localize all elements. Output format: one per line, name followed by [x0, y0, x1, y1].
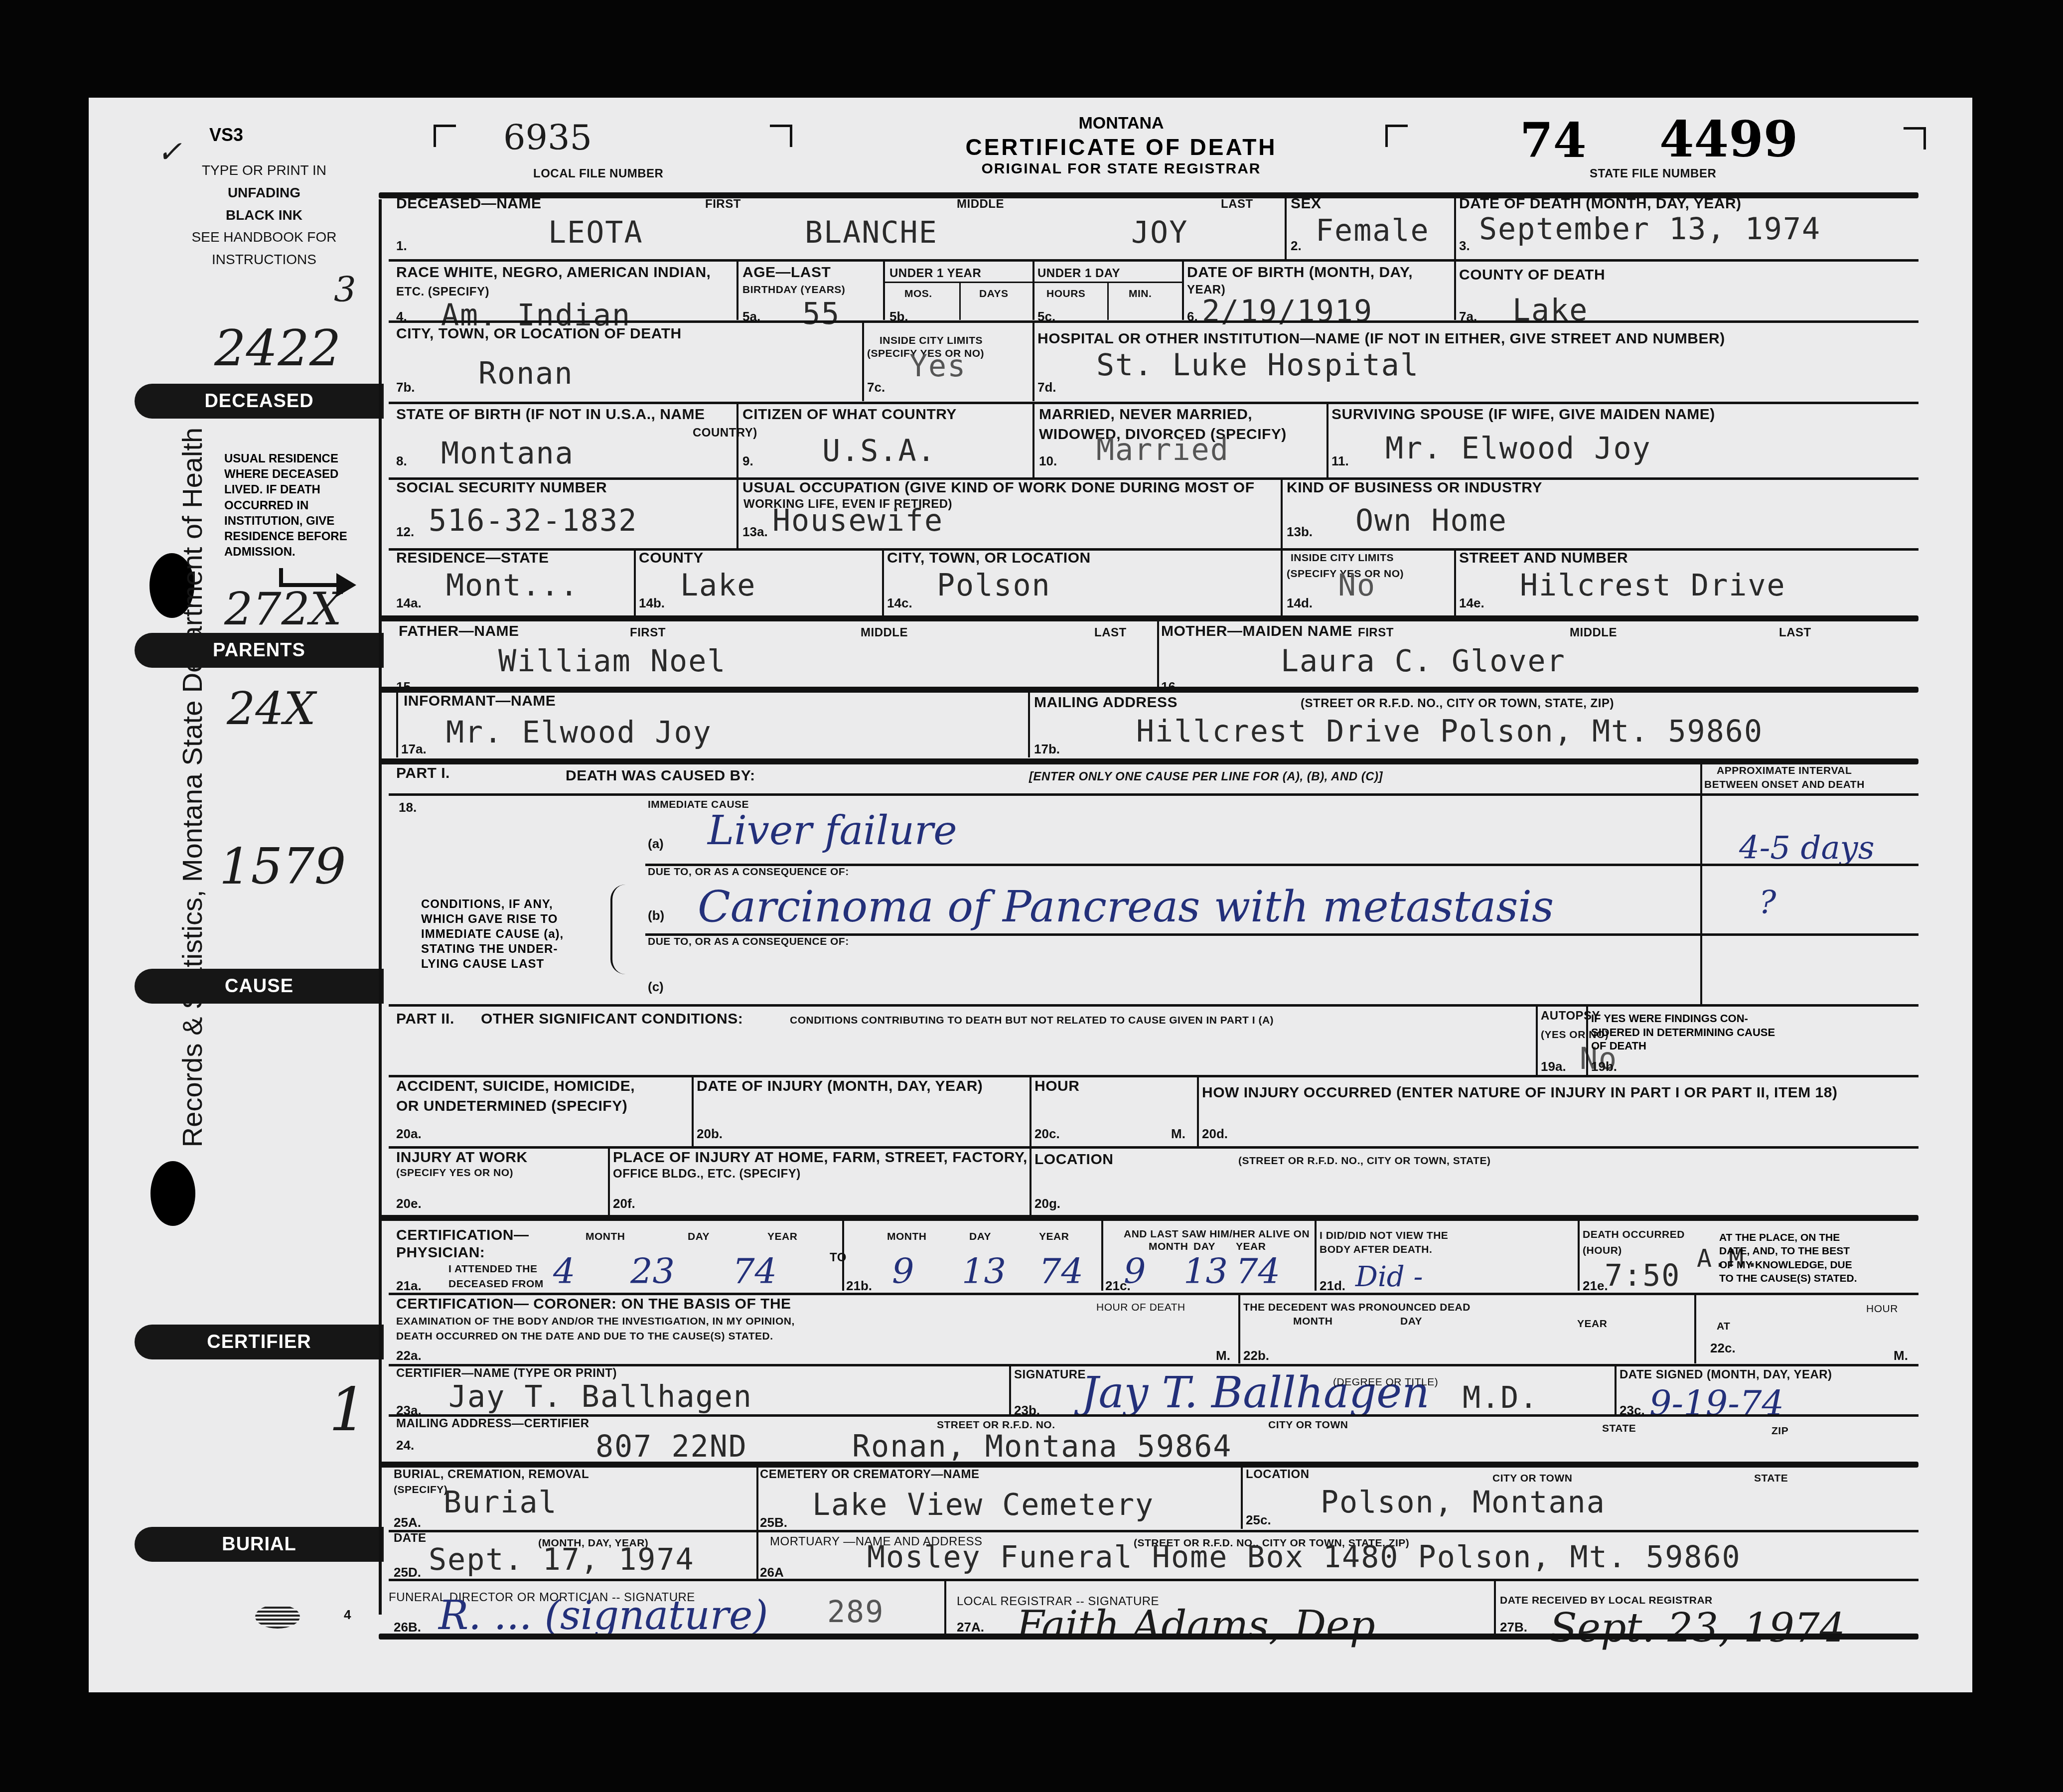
- rule: [389, 402, 1918, 404]
- divider: [1315, 1216, 1317, 1291]
- item-number: 14e.: [1459, 596, 1484, 611]
- label: I ATTENDED THE: [448, 1263, 538, 1275]
- item-number: 19a.: [1541, 1059, 1566, 1074]
- divider: [737, 478, 738, 548]
- label: UNDER 1 YEAR: [889, 267, 981, 281]
- rule: [379, 615, 1918, 621]
- union-label-icon: [255, 1605, 300, 1629]
- divider: [1281, 478, 1283, 548]
- rule: [389, 259, 1918, 262]
- note-line: IMMEDIATE CAUSE (a),: [421, 927, 600, 942]
- label: I DID/DID NOT VIEW THE: [1320, 1230, 1448, 1242]
- label: DUE TO, OR AS A CONSEQUENCE OF:: [648, 936, 849, 948]
- label: DATE OF INJURY (MONTH, DAY, YEAR): [697, 1078, 983, 1095]
- death-hour: 7:50: [1605, 1258, 1681, 1293]
- label: MONTH: [1293, 1316, 1333, 1328]
- attended-to-year: 74: [1039, 1251, 1083, 1292]
- label: SIGNATURE: [1014, 1368, 1086, 1382]
- state-name: MONTANA: [872, 114, 1370, 133]
- divider: [1182, 260, 1184, 320]
- deceased-middle-name: BLANCHE: [805, 215, 938, 250]
- note-line: WHICH GAVE RISE TO: [421, 912, 600, 927]
- label: DATE OF BIRTH (MONTH, DAY,: [1187, 264, 1413, 282]
- disposition-method: Burial: [443, 1485, 558, 1520]
- label: DUE TO, OR AS A CONSEQUENCE OF:: [648, 866, 849, 878]
- label: LAST: [1221, 197, 1253, 211]
- mortuary-name-address: Mosley Funeral Home Box 1480 Polson, Mt.…: [867, 1540, 1741, 1575]
- label: SURVIVING SPOUSE (IF WIFE, GIVE MAIDEN N…: [1331, 406, 1715, 424]
- last-seen-month: 9: [1124, 1251, 1146, 1292]
- label: FIRST: [1358, 626, 1394, 640]
- label: FATHER—NAME: [399, 623, 519, 640]
- divider: [737, 260, 738, 320]
- label: (STREET OR R.F.D. NO., CITY OR TOWN, STA…: [1238, 1155, 1490, 1167]
- note-line: OF MY KNOWLEDGE, DUE: [1719, 1258, 1857, 1272]
- label: YEAR: [1577, 1318, 1607, 1330]
- item-number: 19b.: [1591, 1059, 1617, 1074]
- label: DAYS: [979, 288, 1008, 300]
- corner-mark: [770, 125, 792, 147]
- rule: [379, 758, 1918, 764]
- rule: [389, 1146, 1918, 1149]
- item-number: 20f.: [613, 1196, 635, 1211]
- divider: [1238, 1294, 1240, 1363]
- rule: [389, 793, 1918, 796]
- instruction-line: UNFADING: [154, 182, 374, 204]
- father-name: William Noel: [498, 644, 726, 679]
- corner-mark: [1904, 127, 1926, 149]
- rule: [389, 1414, 1918, 1417]
- label: APPROXIMATE INTERVAL: [1717, 765, 1852, 777]
- label: FIRST: [630, 626, 666, 640]
- item-number: 14a.: [396, 596, 422, 611]
- divider: [692, 1076, 694, 1146]
- note-line: SIDERED IN DETERMINING CAUSE: [1591, 1026, 1775, 1040]
- label: MIDDLE: [861, 626, 908, 640]
- deceased-sex: Female: [1316, 213, 1430, 248]
- label: HOURS: [1046, 288, 1085, 300]
- divider: [1694, 1294, 1696, 1363]
- label: MONTH: [586, 1231, 625, 1243]
- burial-date: Sept. 17, 1974: [429, 1542, 695, 1577]
- divider: [634, 549, 636, 618]
- divider: [883, 260, 885, 320]
- label: LAST: [1094, 626, 1127, 640]
- local-file-number: 6935: [503, 117, 592, 158]
- item-number: 14b.: [639, 596, 665, 611]
- funeral-director-license: 289: [827, 1595, 884, 1630]
- deceased-age: 55: [802, 297, 840, 331]
- cause-b-underlying: Carcinoma of Pancreas with metastasis: [698, 882, 1554, 932]
- label: DATE SIGNED (MONTH, DAY, YEAR): [1620, 1368, 1832, 1382]
- rule: [389, 1293, 1918, 1295]
- label: PART I.: [396, 765, 450, 782]
- item-number: 7b.: [396, 380, 415, 395]
- item-number: 27A.: [957, 1620, 984, 1635]
- item-number: 25c.: [1246, 1512, 1271, 1528]
- label: CERTIFIER—NAME (TYPE OR PRINT): [396, 1366, 617, 1380]
- item-number: 7d.: [1037, 380, 1056, 395]
- label: DECEASED—NAME: [396, 195, 542, 213]
- divider: [959, 283, 961, 320]
- item-number: 20c.: [1034, 1126, 1060, 1142]
- residence-note: USUAL RESIDENCE WHERE DECEASED LIVED. IF…: [224, 451, 354, 560]
- label: DEATH OCCURRED ON THE DATE AND DUE TO TH…: [396, 1331, 773, 1343]
- divider: [1326, 403, 1328, 477]
- hospital-name: St. Luke Hospital: [1096, 348, 1419, 383]
- margin-annotation: 1: [329, 1375, 367, 1445]
- vertical-department-text: Records & Statistics, Montana State Depa…: [176, 428, 208, 1147]
- label: DAY: [1400, 1316, 1422, 1328]
- note-line: OF DEATH: [1591, 1039, 1775, 1053]
- section-tab-deceased: DECEASED: [135, 384, 384, 419]
- label: SEX: [1291, 195, 1322, 213]
- local-registrar-signature: Faith Adams, Dep.: [1017, 1602, 1388, 1648]
- section-tab-cause: CAUSE: [135, 969, 384, 1004]
- corner-mark: [1385, 125, 1408, 147]
- divider: [1454, 549, 1456, 618]
- item-number: 12.: [396, 524, 414, 540]
- divider: [862, 321, 864, 401]
- divider: [1028, 693, 1030, 757]
- attended-from-year: 74: [733, 1251, 777, 1292]
- item-number: 20g.: [1034, 1196, 1060, 1211]
- item-number: 18.: [399, 800, 417, 815]
- label: MARRIED, NEVER MARRIED,: [1039, 406, 1252, 424]
- residence-state: Mont...: [446, 568, 579, 603]
- label: DEATH OCCURRED: [1583, 1229, 1685, 1241]
- label: [ENTER ONLY ONE CAUSE PER LINE FOR (a), …: [1029, 770, 1383, 784]
- state-file-label: STATE FILE NUMBER: [1590, 167, 1716, 181]
- punch-hole: [150, 1161, 195, 1226]
- label: ETC. (SPECIFY): [396, 285, 489, 299]
- item-number: 20b.: [697, 1126, 723, 1142]
- date-received-by-registrar: Sept. 23, 1974: [1550, 1605, 1845, 1651]
- item-number: 22a.: [396, 1348, 422, 1363]
- margin-annotation: 2422: [214, 319, 341, 377]
- divider: [1032, 403, 1034, 477]
- label: OR UNDETERMINED (SPECIFY): [396, 1098, 627, 1115]
- mother-maiden-name: Laura C. Glover: [1281, 644, 1566, 679]
- residence-street: Hilcrest Drive: [1520, 568, 1786, 603]
- findings-note: IF YES WERE FINDINGS CON- SIDERED IN DET…: [1591, 1012, 1775, 1053]
- item-number: 9.: [742, 453, 753, 469]
- label: AGE—LAST: [742, 264, 831, 282]
- label: ZIP: [1771, 1425, 1788, 1437]
- label: DECEASED FROM: [448, 1278, 544, 1290]
- divider: [1101, 1216, 1103, 1291]
- instruction-line: TYPE OR PRINT IN: [154, 159, 374, 182]
- label: RACE WHITE, NEGRO, AMERICAN INDIAN,: [396, 264, 711, 282]
- brace: [610, 885, 627, 974]
- label: BURIAL, CREMATION, REMOVAL: [394, 1468, 589, 1482]
- label: MAILING ADDRESS—CERTIFIER: [396, 1417, 589, 1431]
- label: ACCIDENT, SUICIDE, HOMICIDE,: [396, 1078, 635, 1095]
- form-left-border: [379, 199, 382, 1615]
- label: PLACE OF INJURY AT HOME, FARM, STREET, F…: [613, 1149, 1028, 1167]
- label: INSIDE CITY LIMITS: [1291, 552, 1394, 564]
- margin-annotation: 272X: [224, 583, 342, 635]
- divider: [1009, 1364, 1011, 1414]
- label: LAST: [1779, 626, 1811, 640]
- divider: [1107, 283, 1109, 320]
- section-tab-burial: BURIAL: [135, 1527, 384, 1562]
- inside-city-limits: Yes: [909, 349, 966, 384]
- citizenship: U.S.A.: [822, 434, 936, 468]
- date-signed: 9-19-74: [1649, 1383, 1784, 1424]
- divider: [1197, 1076, 1199, 1146]
- margin-annotation: 24X: [227, 683, 316, 735]
- certifier-street: 807 22ND: [595, 1429, 747, 1464]
- divider: [1032, 321, 1034, 401]
- form-code: VS3: [209, 125, 243, 146]
- viewed-body: Did -: [1355, 1261, 1423, 1293]
- divider: [944, 1579, 946, 1638]
- margin-annotation: 1579: [219, 837, 346, 896]
- label: STATE: [1754, 1473, 1788, 1485]
- label: CITY, TOWN, OR LOCATION: [887, 550, 1091, 567]
- label: INSIDE CITY LIMITS: [880, 335, 983, 347]
- item-number: 25A.: [394, 1515, 421, 1530]
- label: KIND OF BUSINESS OR INDUSTRY: [1287, 479, 1542, 497]
- label: YEAR: [1039, 1231, 1069, 1243]
- label: BETWEEN ONSET AND DEATH: [1704, 779, 1865, 791]
- cemetery-name: Lake View Cemetery: [812, 1488, 1154, 1522]
- label: OTHER SIGNIFICANT CONDITIONS:: [481, 1011, 743, 1028]
- label: MONTH: [1149, 1241, 1188, 1253]
- label: LOCATION: [1034, 1151, 1113, 1169]
- arrow-head-icon: [336, 573, 356, 597]
- certifier-name: Jay T. Ballhagen: [448, 1379, 752, 1414]
- death-hour-ampm: A.M.: [1697, 1246, 1717, 1271]
- section-tab-certifier: CERTIFIER: [135, 1325, 384, 1359]
- cause-b-interval: ?: [1759, 885, 1776, 921]
- divider: [1615, 1364, 1617, 1414]
- informant-address: Hillcrest Drive Polson, Mt. 59860: [1136, 714, 1763, 749]
- divider: [396, 693, 398, 757]
- label: CERTIFICATION—: [396, 1227, 529, 1244]
- label: AND LAST SAW HIM/HER ALIVE ON: [1124, 1228, 1310, 1240]
- rule: [1033, 282, 1183, 283]
- divider: [1700, 762, 1702, 1007]
- funeral-director-signature: R. ... (signature): [439, 1592, 768, 1639]
- kind-of-business: Own Home: [1355, 503, 1507, 538]
- label: COUNTRY): [693, 426, 757, 440]
- arrow-icon: [279, 568, 343, 587]
- local-file-label: LOCAL FILE NUMBER: [533, 167, 663, 181]
- item-number: (c): [648, 979, 664, 995]
- margin-annotation: 3: [334, 269, 356, 310]
- item-number: 25B.: [760, 1515, 787, 1530]
- note-line: TO THE CAUSE(S) STATED.: [1719, 1272, 1857, 1285]
- deceased-first-name: LEOTA: [548, 215, 643, 250]
- rule: [379, 1462, 1918, 1468]
- item-number: 22b.: [1243, 1348, 1269, 1363]
- label: MOTHER—MAIDEN NAME: [1161, 623, 1352, 640]
- label: PART II.: [396, 1011, 454, 1028]
- item-number: 3.: [1459, 238, 1470, 254]
- divider: [1494, 1579, 1496, 1638]
- item-number: M.: [1894, 1348, 1908, 1363]
- note-line: CONDITIONS, IF ANY,: [421, 897, 600, 912]
- city-of-death: Ronan: [478, 356, 574, 391]
- last-seen-year: 74: [1236, 1251, 1280, 1292]
- attended-to-month: 9: [892, 1251, 914, 1292]
- checkmark-annotation: ✓: [157, 135, 182, 169]
- social-security-number: 516-32-1832: [429, 503, 637, 538]
- instruction-line: INSTRUCTIONS: [154, 249, 374, 271]
- label: UNDER 1 DAY: [1037, 267, 1120, 281]
- label: MOS.: [904, 288, 932, 300]
- item-number: 22c.: [1710, 1341, 1736, 1356]
- cause-a-interval: 4-5 days: [1739, 830, 1875, 867]
- union-mark-number: 4: [344, 1607, 351, 1623]
- label: HOW INJURY OCCURRED (ENTER NATURE OF INJ…: [1202, 1084, 1837, 1102]
- divider: [1281, 549, 1283, 618]
- label: MIDDLE: [1570, 626, 1617, 640]
- item-number: 21b.: [846, 1278, 872, 1294]
- rule: [389, 1004, 1918, 1007]
- item-number: 14c.: [887, 596, 912, 611]
- item-number: 13b.: [1287, 524, 1313, 540]
- item-number: 2.: [1291, 238, 1302, 254]
- item-number: 1.: [396, 238, 407, 254]
- item-number: 21d.: [1320, 1278, 1345, 1294]
- note-line: IF YES WERE FINDINGS CON-: [1591, 1012, 1775, 1026]
- state-of-birth: Montana: [441, 436, 574, 471]
- label: CERTIFICATION— CORONER: ON THE BASIS OF …: [396, 1296, 791, 1313]
- certifier-signature: Jay T. Ballhagen: [1081, 1368, 1430, 1418]
- state-file-number: 4499: [1659, 110, 1798, 168]
- certifier-city-state-zip: Ronan, Montana 59864: [852, 1429, 1232, 1464]
- death-place-note: AT THE PLACE, ON THE DATE, AND, TO THE B…: [1719, 1231, 1857, 1285]
- label: MAILING ADDRESS: [1034, 694, 1178, 712]
- label: (SPECIFY YES OR NO): [396, 1167, 513, 1179]
- note-line: DATE, AND, TO THE BEST: [1719, 1244, 1857, 1258]
- rule: [389, 1075, 1918, 1077]
- label: INFORMANT—NAME: [404, 693, 556, 710]
- cause-a-immediate: Liver failure: [708, 807, 957, 854]
- item-number: M.: [1171, 1126, 1185, 1142]
- rule: [379, 687, 1918, 693]
- label: RESIDENCE—STATE: [396, 550, 549, 567]
- item-number: 13a.: [742, 524, 768, 540]
- label: BIRTHDAY (YEARS): [742, 284, 845, 296]
- attended-from-day: 23: [630, 1251, 675, 1292]
- label: THE DECEDENT WAS PRONOUNCED DEAD: [1243, 1302, 1471, 1314]
- label: (HOUR): [1583, 1245, 1622, 1257]
- label: CEMETERY OR CREMATORY—NAME: [760, 1468, 980, 1482]
- rule: [389, 1364, 1918, 1366]
- deceased-last-name: JOY: [1131, 215, 1188, 250]
- divider: [1454, 195, 1456, 320]
- label: SOCIAL SECURITY NUMBER: [396, 479, 607, 497]
- item-number: 10.: [1039, 453, 1057, 469]
- note-line: AT THE PLACE, ON THE: [1719, 1231, 1857, 1244]
- label: USUAL OCCUPATION (GIVE KIND OF WORK DONE…: [742, 479, 1255, 497]
- divider: [1241, 1464, 1243, 1529]
- rule: [389, 1579, 1918, 1581]
- item-number: 17b.: [1034, 742, 1060, 757]
- rule: [379, 1215, 1918, 1221]
- item-number: M.: [1216, 1348, 1230, 1363]
- rule: [389, 548, 1918, 551]
- divider: [1586, 1005, 1588, 1075]
- item-number: 20a.: [396, 1126, 422, 1142]
- label: CITY OR TOWN: [1492, 1473, 1572, 1485]
- label: HOUR: [1866, 1303, 1898, 1315]
- divider: [1536, 1005, 1538, 1075]
- label: STATE: [1602, 1423, 1636, 1435]
- date-of-birth: 2/19/1919: [1202, 294, 1373, 329]
- label: STATE OF BIRTH (IF NOT IN U.S.A., NAME: [396, 406, 705, 424]
- item-number: 26B.: [394, 1620, 421, 1635]
- label: YEAR: [767, 1231, 797, 1243]
- label: (DEGREE OR TITLE): [1333, 1376, 1438, 1388]
- divider: [1578, 1216, 1580, 1291]
- corner-mark: [434, 125, 456, 147]
- divider: [842, 1216, 844, 1291]
- item-number: 20d.: [1202, 1126, 1228, 1142]
- rule: [389, 1530, 1918, 1532]
- certificate-subtitle: ORIGINAL FOR STATE REGISTRAR: [872, 160, 1370, 177]
- divider: [1032, 260, 1034, 320]
- residence-county: Lake: [680, 568, 756, 603]
- divider: [1285, 195, 1287, 259]
- label: HOSPITAL OR OTHER INSTITUTION—NAME (IF N…: [1037, 330, 1725, 348]
- label: HOUR OF DEATH: [1096, 1302, 1185, 1314]
- item-number: 17a.: [401, 742, 427, 757]
- label: (STREET OR R.F.D. NO., CITY OR TOWN, STA…: [1301, 697, 1614, 711]
- informant-name: Mr. Elwood Joy: [446, 715, 712, 750]
- label: COUNTY OF DEATH: [1459, 267, 1605, 284]
- item-number: 11.: [1331, 453, 1349, 469]
- attended-to-day: 13: [962, 1251, 1006, 1292]
- label: AT: [1717, 1321, 1730, 1333]
- divider: [608, 1147, 610, 1216]
- label: OFFICE BLDG., ETC. (SPECIFY): [613, 1167, 801, 1181]
- residence-inside-city: No: [1338, 568, 1376, 603]
- conditions-note: CONDITIONS, IF ANY, WHICH GAVE RISE TO I…: [421, 897, 600, 972]
- residence-city: Polson: [937, 568, 1051, 603]
- label: MIN.: [1129, 288, 1152, 300]
- last-seen-day: 13: [1183, 1251, 1228, 1292]
- attended-from-month: 4: [553, 1251, 576, 1292]
- label: HOUR: [1034, 1078, 1079, 1095]
- state-file-year: 74: [1520, 112, 1587, 168]
- label: CITY, TOWN, OR LOCATION OF DEATH: [396, 325, 682, 343]
- instruction-line: BLACK INK: [154, 204, 374, 227]
- label: DATE OF DEATH (MONTH, DAY, YEAR): [1459, 195, 1742, 213]
- label: MONTH: [887, 1231, 927, 1243]
- note-line: STATING THE UNDER-: [421, 942, 600, 957]
- item-number: 27B.: [1500, 1620, 1527, 1635]
- usual-occupation: Housewife: [772, 503, 943, 538]
- label: CITY OR TOWN: [1268, 1419, 1348, 1431]
- item-number: 7c.: [867, 380, 885, 395]
- item-number: 24.: [396, 1438, 414, 1453]
- item-number: 21a.: [396, 1278, 422, 1294]
- item-number: 8.: [396, 453, 407, 469]
- item-number: 20e.: [396, 1196, 422, 1211]
- label: STREET AND NUMBER: [1459, 550, 1628, 567]
- label: DAY: [969, 1231, 991, 1243]
- label: DAY: [688, 1231, 710, 1243]
- label: (SPECIFY): [394, 1484, 447, 1496]
- certificate-title: CERTIFICATE OF DEATH: [822, 134, 1420, 160]
- label: FIRST: [705, 197, 741, 211]
- divider: [882, 549, 884, 618]
